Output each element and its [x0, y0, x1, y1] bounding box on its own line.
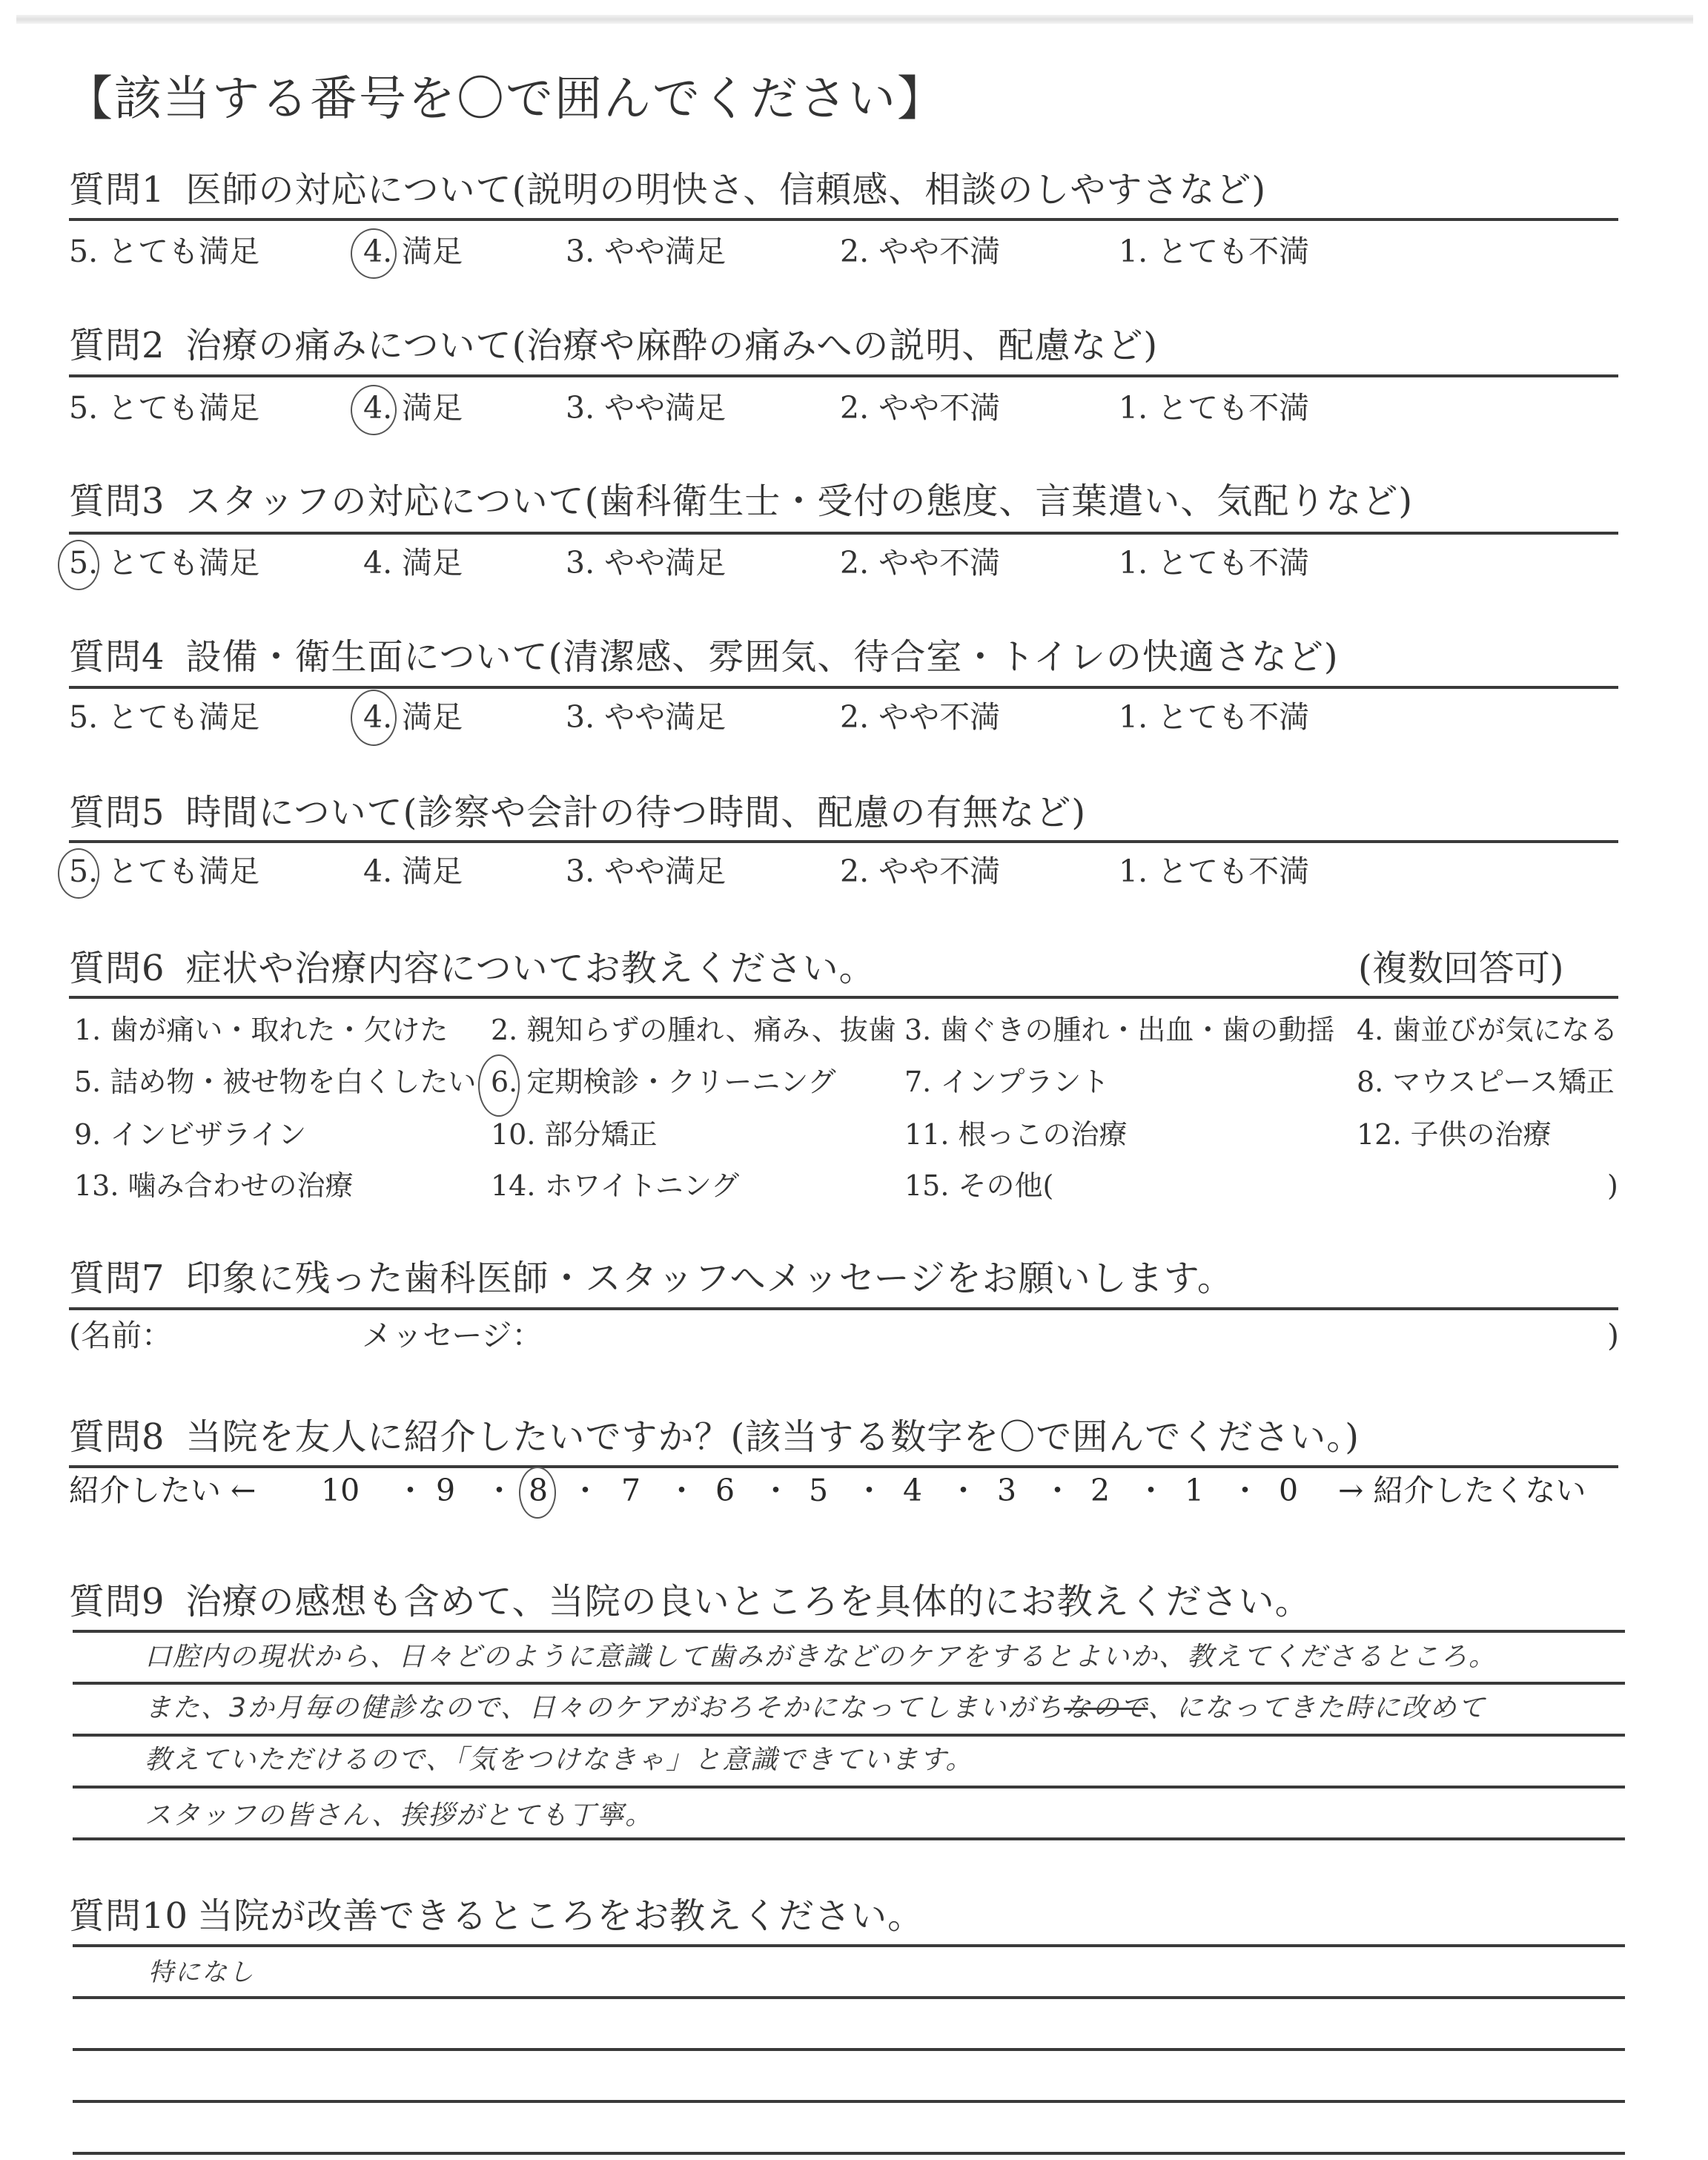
answer-line [73, 1786, 1625, 1789]
separator-dot: ・ [484, 1472, 514, 1509]
close-paren: ) [1607, 1317, 1619, 1354]
question-text: 当院を友人に紹介したいですか？(該当する数字を〇で囲んでください。) [186, 1416, 1360, 1458]
checkbox-option-8[interactable]: 8. マウスピース矯正 [1357, 1063, 1615, 1100]
scale-1[interactable]: 1 [1185, 1472, 1204, 1509]
multiple-answers-note: (複数回答可) [1358, 948, 1563, 989]
handwritten-answer-line-1[interactable]: 口腔内の現状から、日々どのように意識して歯みがきなどのケアをするとよいか、教えて… [145, 1641, 1497, 1674]
selection-circle [58, 540, 99, 590]
scale-left-label: 紹介したい ← [69, 1472, 256, 1509]
scale-5[interactable]: 5 [809, 1472, 828, 1509]
question-number: 質問3 [69, 480, 165, 522]
option-5[interactable]: 5. とても満足 [69, 389, 259, 426]
scale-right-label: → 紹介したくない [1338, 1472, 1586, 1509]
divider [69, 686, 1618, 689]
option-1[interactable]: 1. とても不満 [1119, 853, 1309, 890]
question-number: 質問1 [69, 169, 165, 211]
answer-line [73, 2152, 1625, 2155]
scale-9[interactable]: 9 [436, 1472, 455, 1509]
divider [69, 840, 1618, 843]
option-1[interactable]: 1. とても不満 [1119, 233, 1309, 270]
separator-dot: ・ [570, 1472, 600, 1509]
question-text: 時間について(診察や会計の待つ時間、配慮の有無など) [186, 792, 1087, 833]
answer-line [73, 1944, 1625, 1947]
message-label: メッセージ： [362, 1317, 543, 1354]
divider [69, 532, 1618, 535]
answer-line [73, 1996, 1625, 1999]
handwritten-answer-line-2[interactable]: また、3か月毎の健診なので、日々のケアがおろそかになってしまいがちなので、になっ… [145, 1692, 1486, 1725]
separator-dot: ・ [395, 1472, 426, 1509]
question-text: スタッフの対応について(歯科衛生士・受付の態度、言葉遣い、気配りなど) [186, 480, 1414, 522]
option-4[interactable]: 4. 満足 [363, 853, 463, 890]
divider [69, 996, 1618, 999]
divider [69, 218, 1618, 221]
question-9-title: 質問9治療の感想も含めて、当院の良いところを具体的にお教えください。 [69, 1581, 1311, 1622]
question-number: 質問7 [69, 1258, 165, 1299]
question-3-title: 質問3スタッフの対応について(歯科衛生士・受付の態度、言葉遣い、気配りなど) [69, 480, 1413, 522]
checkbox-option-12[interactable]: 12. 子供の治療 [1357, 1116, 1552, 1153]
scale-4[interactable]: 4 [903, 1472, 922, 1509]
question-text: 治療の痛みについて(治療や麻酔の痛みへの説明、配慮など) [186, 325, 1159, 366]
option-2[interactable]: 2. やや不満 [840, 233, 1000, 270]
question-text: 医師の対応について(説明の明快さ、信頼感、相談のしやすさなど) [186, 169, 1267, 211]
question-8-title: 質問8当院を友人に紹介したいですか？(該当する数字を〇で囲んでください。) [69, 1416, 1360, 1458]
question-10-title: 質問10当院が改善できるところをお教えください。 [69, 1895, 924, 1937]
question-number: 質問4 [69, 636, 165, 678]
option-2[interactable]: 2. やや不満 [840, 544, 1000, 581]
checkbox-option-4[interactable]: 4. 歯並びが気になる [1357, 1011, 1618, 1048]
scale-6[interactable]: 6 [715, 1472, 735, 1509]
checkbox-option-5[interactable]: 5. 詰め物・被せ物を白くしたい [74, 1063, 476, 1100]
selection-circle [519, 1467, 556, 1519]
separator-dot: ・ [761, 1472, 791, 1509]
question-number: 質問2 [69, 325, 165, 366]
checkbox-option-13[interactable]: 13. 噛み合わせの治療 [74, 1167, 354, 1204]
separator-dot: ・ [1136, 1472, 1166, 1509]
other-close-paren: ) [1607, 1167, 1618, 1204]
option-1[interactable]: 1. とても不満 [1119, 389, 1309, 426]
answer-line [73, 1837, 1625, 1840]
separator-dot: ・ [1042, 1472, 1073, 1509]
separator-dot: ・ [854, 1472, 884, 1509]
scan-top-edge [16, 15, 1693, 24]
question-number: 質問10 [69, 1895, 188, 1937]
scale-7[interactable]: 7 [621, 1472, 640, 1509]
answer-line [73, 2048, 1625, 2051]
checkbox-option-6-selected[interactable]: 6. 定期検診・クリーニング [491, 1063, 836, 1100]
question-7-title: 質問7印象に残った歯科医師・スタッフへメッセージをお願いします。 [69, 1258, 1234, 1299]
option-3[interactable]: 3. やや満足 [566, 853, 726, 890]
divider [69, 1307, 1618, 1310]
option-2[interactable]: 2. やや不満 [840, 389, 1000, 426]
divider [69, 1465, 1618, 1468]
question-text: 印象に残った歯科医師・スタッフへメッセージをお願いします。 [186, 1258, 1234, 1299]
option-5[interactable]: 5. とても満足 [69, 233, 259, 270]
line-2-text: また、3か月毎の健診なので、日々のケアがおろそかになってしまいがち [145, 1693, 1064, 1723]
question-text: 治療の感想も含めて、当院の良いところを具体的にお教えください。 [186, 1581, 1311, 1622]
question-text: 症状や治療内容についてお教えください。 [186, 948, 875, 989]
scale-0[interactable]: 0 [1279, 1472, 1298, 1509]
handwritten-answer-line-4[interactable]: スタッフの皆さん、挨拶がとても丁寧。 [145, 1800, 653, 1832]
option-5[interactable]: 5. とても満足 [69, 698, 259, 736]
question-1-title: 質問1医師の対応について(説明の明快さ、信頼感、相談のしやすさなど) [69, 169, 1266, 211]
selection-circle [351, 228, 397, 279]
name-field[interactable] [222, 1317, 356, 1354]
name-label: (名前： [69, 1317, 172, 1354]
checkbox-option-1[interactable]: 1. 歯が痛い・取れた・欠けた [74, 1011, 448, 1048]
question-6-title: 質問6症状や治療内容についてお教えください。 [69, 948, 875, 989]
checkbox-option-14[interactable]: 14. ホワイトニング [491, 1167, 739, 1204]
selection-circle [478, 1054, 520, 1117]
struck-text: なので [1064, 1693, 1148, 1723]
question-number: 質問6 [69, 948, 165, 989]
separator-dot: ・ [948, 1472, 979, 1509]
question-number: 質問8 [69, 1416, 165, 1458]
option-3[interactable]: 3. やや満足 [566, 389, 726, 426]
checkbox-option-10[interactable]: 10. 部分矯正 [491, 1116, 658, 1153]
option-4[interactable]: 4. 満足 [363, 544, 463, 581]
answer-line [73, 1682, 1625, 1685]
checkbox-option-2[interactable]: 2. 親知らずの腫れ、痛み、抜歯 [491, 1011, 896, 1048]
separator-dot: ・ [1230, 1472, 1260, 1509]
answer-line [73, 1734, 1625, 1737]
recommend-scale: 紹介したい ← 10 ・ 9 ・ 8 ・ 7 ・ 6 ・ 5 ・ 4 ・ 3 ・… [69, 1472, 1626, 1509]
divider [69, 374, 1618, 377]
answer-line [73, 2100, 1625, 2103]
separator-dot: ・ [666, 1472, 697, 1509]
option-1[interactable]: 1. とても不満 [1119, 698, 1309, 736]
checkbox-option-11[interactable]: 11. 根っこの治療 [904, 1116, 1128, 1153]
question-text: 当院が改善できるところをお教えください。 [197, 1895, 924, 1937]
handwritten-answer-line-3[interactable]: 教えていただけるので、「気をつけなきゃ」と意識できています。 [145, 1744, 973, 1777]
selection-circle [58, 848, 99, 899]
handwritten-answer-line-1[interactable]: 特になし [148, 1956, 255, 1989]
checkbox-option-9[interactable]: 9. インビザライン [74, 1116, 306, 1153]
question-4-title: 質問4設備・衛生面について(清潔感、雰囲気、待合室・トイレの快適さなど) [69, 636, 1339, 678]
answer-line [73, 1630, 1625, 1633]
scale-3[interactable]: 3 [997, 1472, 1016, 1509]
selection-circle [351, 690, 397, 746]
checkbox-option-3[interactable]: 3. 歯ぐきの腫れ・出血・歯の動揺 [904, 1011, 1334, 1048]
question-5-title: 質問5時間について(診察や会計の待つ時間、配慮の有無など) [69, 792, 1086, 833]
option-3[interactable]: 3. やや満足 [566, 544, 726, 581]
scale-2[interactable]: 2 [1090, 1472, 1110, 1509]
message-field[interactable] [549, 1317, 1586, 1354]
option-1[interactable]: 1. とても不満 [1119, 544, 1309, 581]
scale-10[interactable]: 10 [321, 1472, 360, 1509]
question-number: 質問5 [69, 792, 165, 833]
selection-circle [351, 385, 397, 435]
checkbox-option-7[interactable]: 7. インプラント [904, 1063, 1109, 1100]
question-text: 設備・衛生面について(清潔感、雰囲気、待合室・トイレの快適さなど) [186, 636, 1339, 678]
question-2-title: 質問2治療の痛みについて(治療や麻酔の痛みへの説明、配慮など) [69, 325, 1158, 366]
option-3[interactable]: 3. やや満足 [566, 233, 726, 270]
question-number: 質問9 [69, 1581, 165, 1622]
option-2[interactable]: 2. やや不満 [840, 853, 1000, 890]
option-3[interactable]: 3. やや満足 [566, 698, 726, 736]
checkbox-option-15-other[interactable]: 15. その他( [904, 1167, 1053, 1204]
line-2-continuation: 、になってきた時に改めて [1148, 1693, 1486, 1723]
page-title: 【該当する番号を〇で囲んでください】 [65, 71, 946, 128]
option-2[interactable]: 2. やや不満 [840, 698, 1000, 736]
